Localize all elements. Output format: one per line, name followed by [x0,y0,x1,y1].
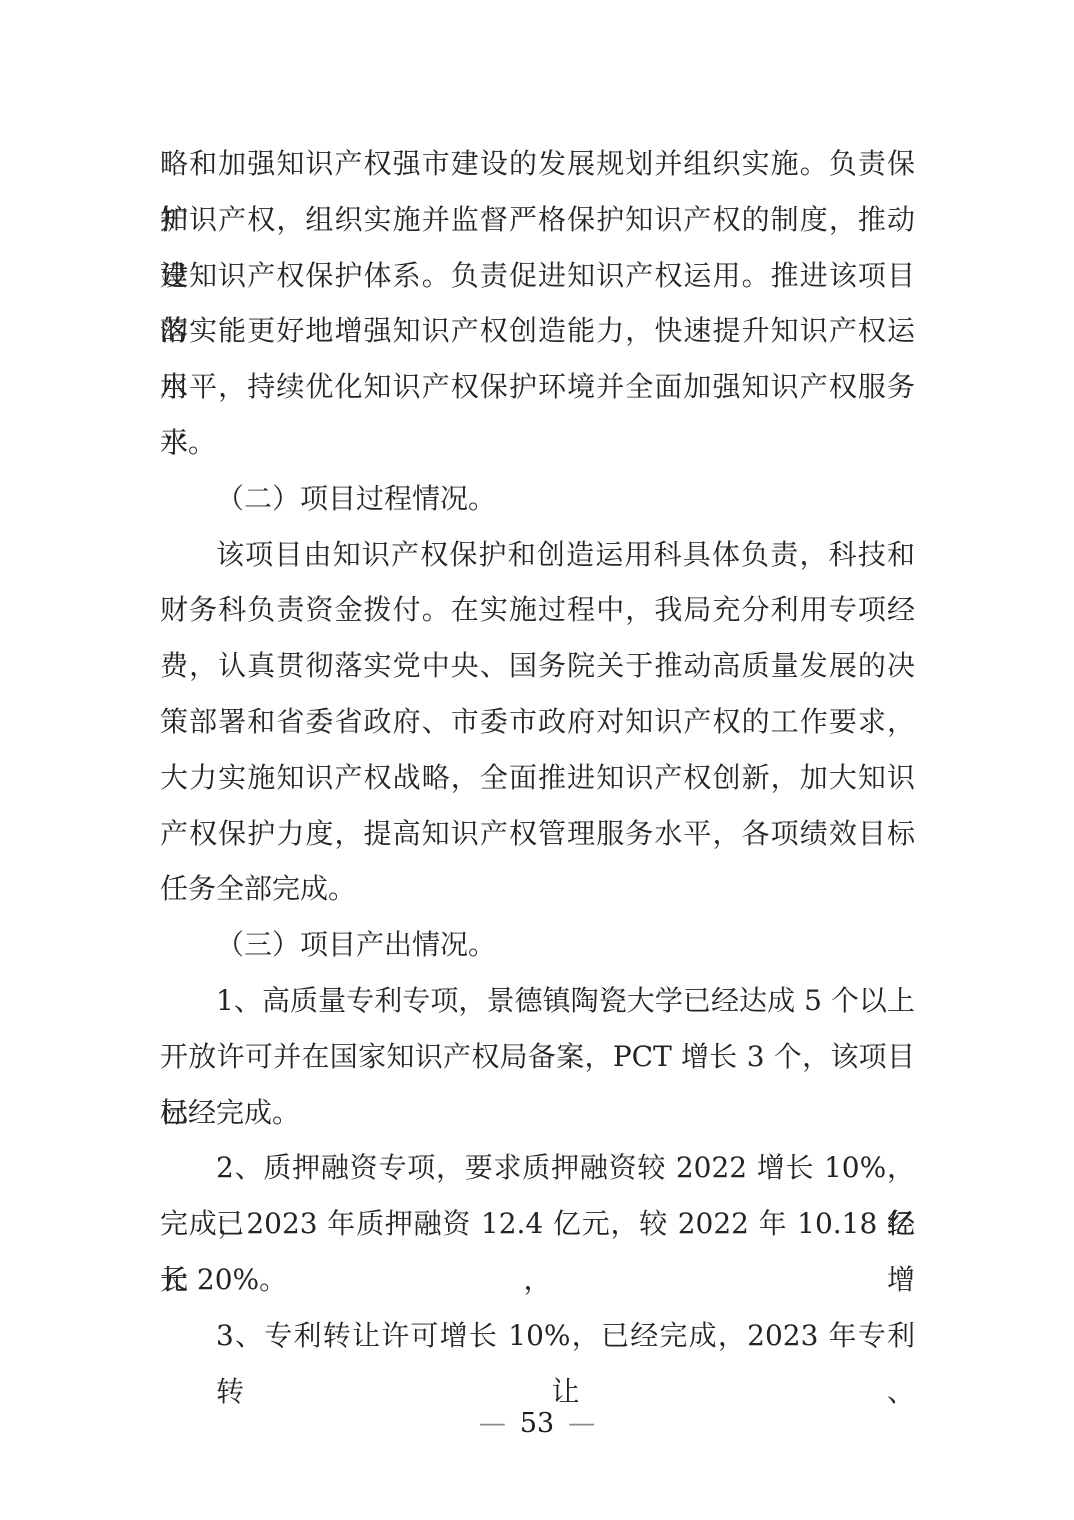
text-line: 水平，持续优化知识产权保护环境并全面加强知识产权服务水 [160,359,915,415]
text-line: （二）项目过程情况。 [160,471,915,527]
page-footer: —53— [0,1408,1074,1439]
text-line: 1、高质量专利专项，景德镇陶瓷大学已经达成 5 个以上 [160,973,915,1029]
text-line: 略和加强知识产权强市建设的发展规划并组织实施。负责保护 [160,136,915,192]
text-line: 开放许可并在国家知识产权局备案，PCT 增长 3 个，该项目标 [160,1029,915,1085]
text-line: 落实能更好地增强知识产权创造能力，快速提升知识产权运用 [160,303,915,359]
text-line: 费，认真贯彻落实党中央、国务院关于推动高质量发展的决 [160,638,915,694]
text-line: 财务科负责资金拨付。在实施过程中，我局充分利用专项经 [160,582,915,638]
document-page: 略和加强知识产权强市建设的发展规划并组织实施。负责保护知识产权，组织实施并监督严… [0,0,1074,1520]
page-number: 53 [510,1408,564,1439]
text-line: 2、质押融资专项，要求质押融资较 2022 增长 10%，已经 [160,1140,915,1196]
text-line: 产权保护力度，提高知识产权管理服务水平，各项绩效目标 [160,806,915,862]
document-text-block: 略和加强知识产权强市建设的发展规划并组织实施。负责保护知识产权，组织实施并监督严… [160,136,915,1364]
text-line: 策部署和省委省政府、市委市政府对知识产权的工作要求， [160,694,915,750]
text-line: 3、专利转让许可增长 10%，已经完成，2023 年专利转让、 [160,1308,915,1364]
text-line: 设知识产权保护体系。负责促进知识产权运用。推进该项目的 [160,248,915,304]
footer-left-dash: — [475,1408,510,1439]
footer-right-dash: — [564,1408,599,1439]
text-line: （三）项目产出情况。 [160,917,915,973]
text-line: 该项目由知识产权保护和创造运用科具体负责，科技和 [160,527,915,583]
text-line: 完成，2023 年质押融资 12.4 亿元，较 2022 年 10.18 亿元，… [160,1196,915,1252]
text-line: 已经完成。 [160,1085,915,1141]
text-line: 大力实施知识产权战略，全面推进知识产权创新，加大知识 [160,750,915,806]
text-line: 知识产权，组织实施并监督严格保护知识产权的制度，推动建 [160,192,915,248]
text-line: 平。 [160,415,915,471]
text-line: 任务全部完成。 [160,861,915,917]
